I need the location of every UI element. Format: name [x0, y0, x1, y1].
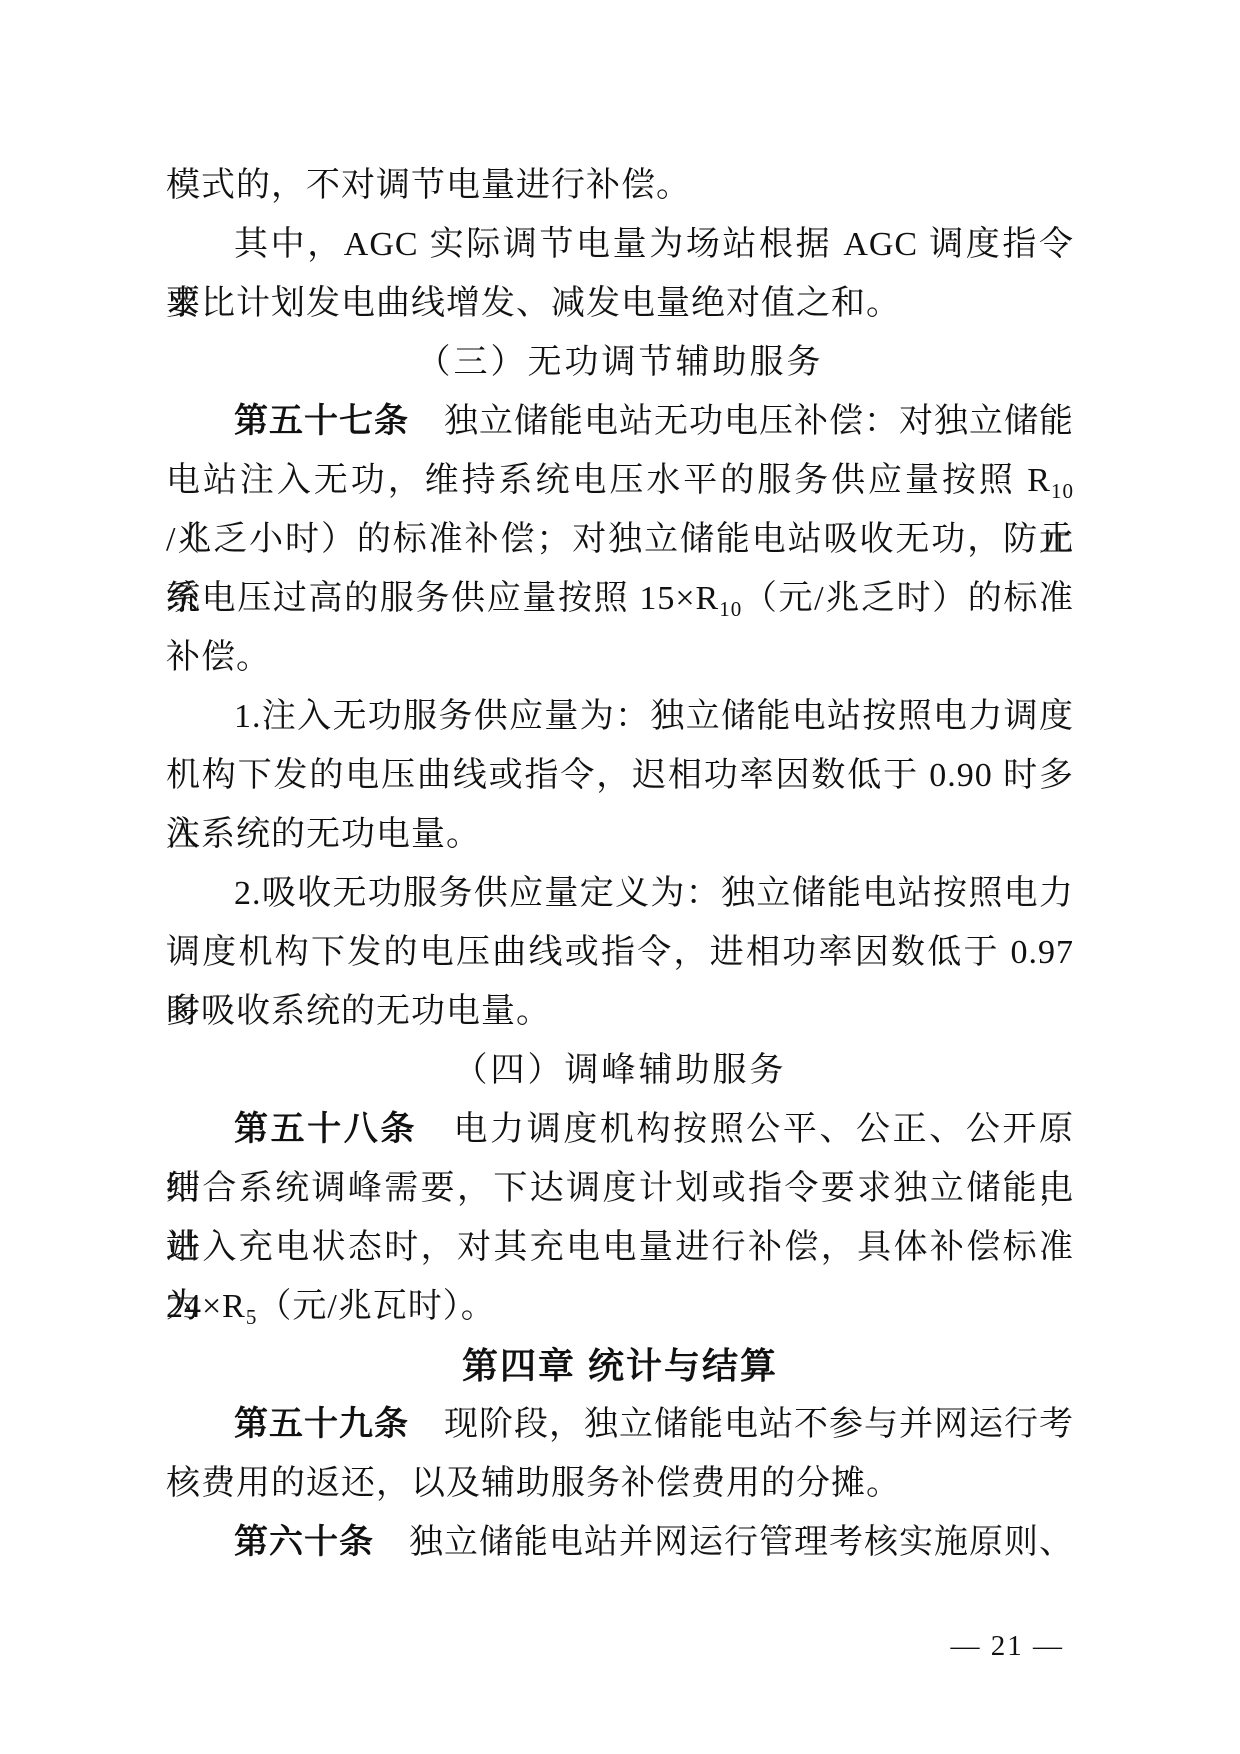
- body-line: 第五十七条 独立储能电站无功电压补偿：对独立储能: [166, 392, 1074, 451]
- body-line: 模式的，不对调节电量进行补偿。: [166, 156, 1074, 215]
- text-run: 核费用的返还，以及辅助服务补偿费用的分摊。: [166, 1465, 901, 1502]
- body-line: 核费用的返还，以及辅助服务补偿费用的分摊。: [166, 1454, 1074, 1513]
- text-run: 电站注入无功，维持系统电压水平的服务供应量按照 R: [166, 462, 1051, 499]
- text-run: 独立储能电站无功电压补偿：对独立储能: [409, 403, 1074, 440]
- page-number: — 21 —: [951, 1626, 1065, 1666]
- body-line: 调度机构下发的电压曲线或指令，进相功率因数低于 0.97 时: [166, 923, 1074, 982]
- body-line: /兆乏小时）的标准补偿；对独立储能电站吸收无功，防止系: [166, 510, 1074, 569]
- body-line: 第五十九条 现阶段，独立储能电站不参与并网运行考: [166, 1395, 1074, 1454]
- subscript-run: 5: [246, 1305, 258, 1329]
- subscript-run: 10: [1051, 479, 1074, 503]
- text-run: （四）调峰辅助服务: [454, 1052, 787, 1089]
- body-line: 第五十八条 电力调度机构按照公平、公正、公开原则，: [166, 1100, 1074, 1159]
- text-run: 1.注入无功服务供应量为：独立储能电站按照电力调度: [234, 698, 1074, 735]
- article-number-run: 第六十条: [234, 1523, 374, 1561]
- text-run: 求比计划发电曲线增发、减发电量绝对值之和。: [166, 285, 901, 322]
- subscript-run: 10: [719, 597, 742, 621]
- article-number-run: 第五十九条: [234, 1405, 409, 1443]
- body-line: 电站注入无功，维持系统电压水平的服务供应量按照 R10（元: [166, 451, 1074, 510]
- text-run: 24×R: [166, 1288, 246, 1325]
- text-run: 补偿。: [166, 639, 271, 676]
- text-run: 第四章 统计与结算: [462, 1345, 778, 1386]
- text-run: 统电压过高的服务供应量按照 15×R: [166, 580, 719, 617]
- body-line: 1.注入无功服务供应量为：独立储能电站按照电力调度: [166, 687, 1074, 746]
- body-line: 第六十条 独立储能电站并网运行管理考核实施原则、: [166, 1513, 1074, 1572]
- section-heading: （四）调峰辅助服务: [166, 1041, 1074, 1100]
- body-line: 结合系统调峰需要，下达调度计划或指令要求独立储能电站: [166, 1159, 1074, 1218]
- body-line: 24×R5（元/兆瓦时）。: [166, 1277, 1074, 1336]
- text-run: （元/兆瓦时）。: [257, 1288, 495, 1325]
- article-number-run: 第五十八条: [234, 1110, 417, 1148]
- body-line: 多吸收系统的无功电量。: [166, 982, 1074, 1041]
- document-page: 模式的，不对调节电量进行补偿。其中，AGC 实际调节电量为场站根据 AGC 调度…: [0, 0, 1240, 1754]
- body-line: 统电压过高的服务供应量按照 15×R10（元/兆乏时）的标准: [166, 569, 1074, 628]
- body-line: 其中，AGC 实际调节电量为场站根据 AGC 调度指令要: [166, 215, 1074, 274]
- text-run: 模式的，不对调节电量进行补偿。: [166, 167, 691, 204]
- body-line: 求比计划发电曲线增发、减发电量绝对值之和。: [166, 274, 1074, 333]
- section-heading: （三）无功调节辅助服务: [166, 333, 1074, 392]
- text-run: 入系统的无功电量。: [166, 816, 481, 853]
- body-line: 补偿。: [166, 628, 1074, 687]
- text-run: （元/兆乏时）的标准: [742, 580, 1074, 617]
- body-line: 进入充电状态时，对其充电电量进行补偿，具体补偿标准为: [166, 1218, 1074, 1277]
- text-run: 独立储能电站并网运行管理考核实施原则、: [374, 1524, 1074, 1561]
- body-line: 2.吸收无功服务供应量定义为：独立储能电站按照电力: [166, 864, 1074, 923]
- article-number-run: 第五十七条: [234, 402, 409, 440]
- body-line: 机构下发的电压曲线或指令，迟相功率因数低于 0.90 时多注: [166, 746, 1074, 805]
- text-run: 现阶段，独立储能电站不参与并网运行考: [409, 1406, 1074, 1443]
- document-body: 模式的，不对调节电量进行补偿。其中，AGC 实际调节电量为场站根据 AGC 调度…: [166, 156, 1074, 1572]
- text-run: 多吸收系统的无功电量。: [166, 993, 551, 1030]
- body-line: 入系统的无功电量。: [166, 805, 1074, 864]
- chapter-heading: 第四章 统计与结算: [166, 1336, 1074, 1395]
- text-run: 2.吸收无功服务供应量定义为：独立储能电站按照电力: [234, 875, 1074, 912]
- text-run: （三）无功调节辅助服务: [417, 344, 824, 381]
